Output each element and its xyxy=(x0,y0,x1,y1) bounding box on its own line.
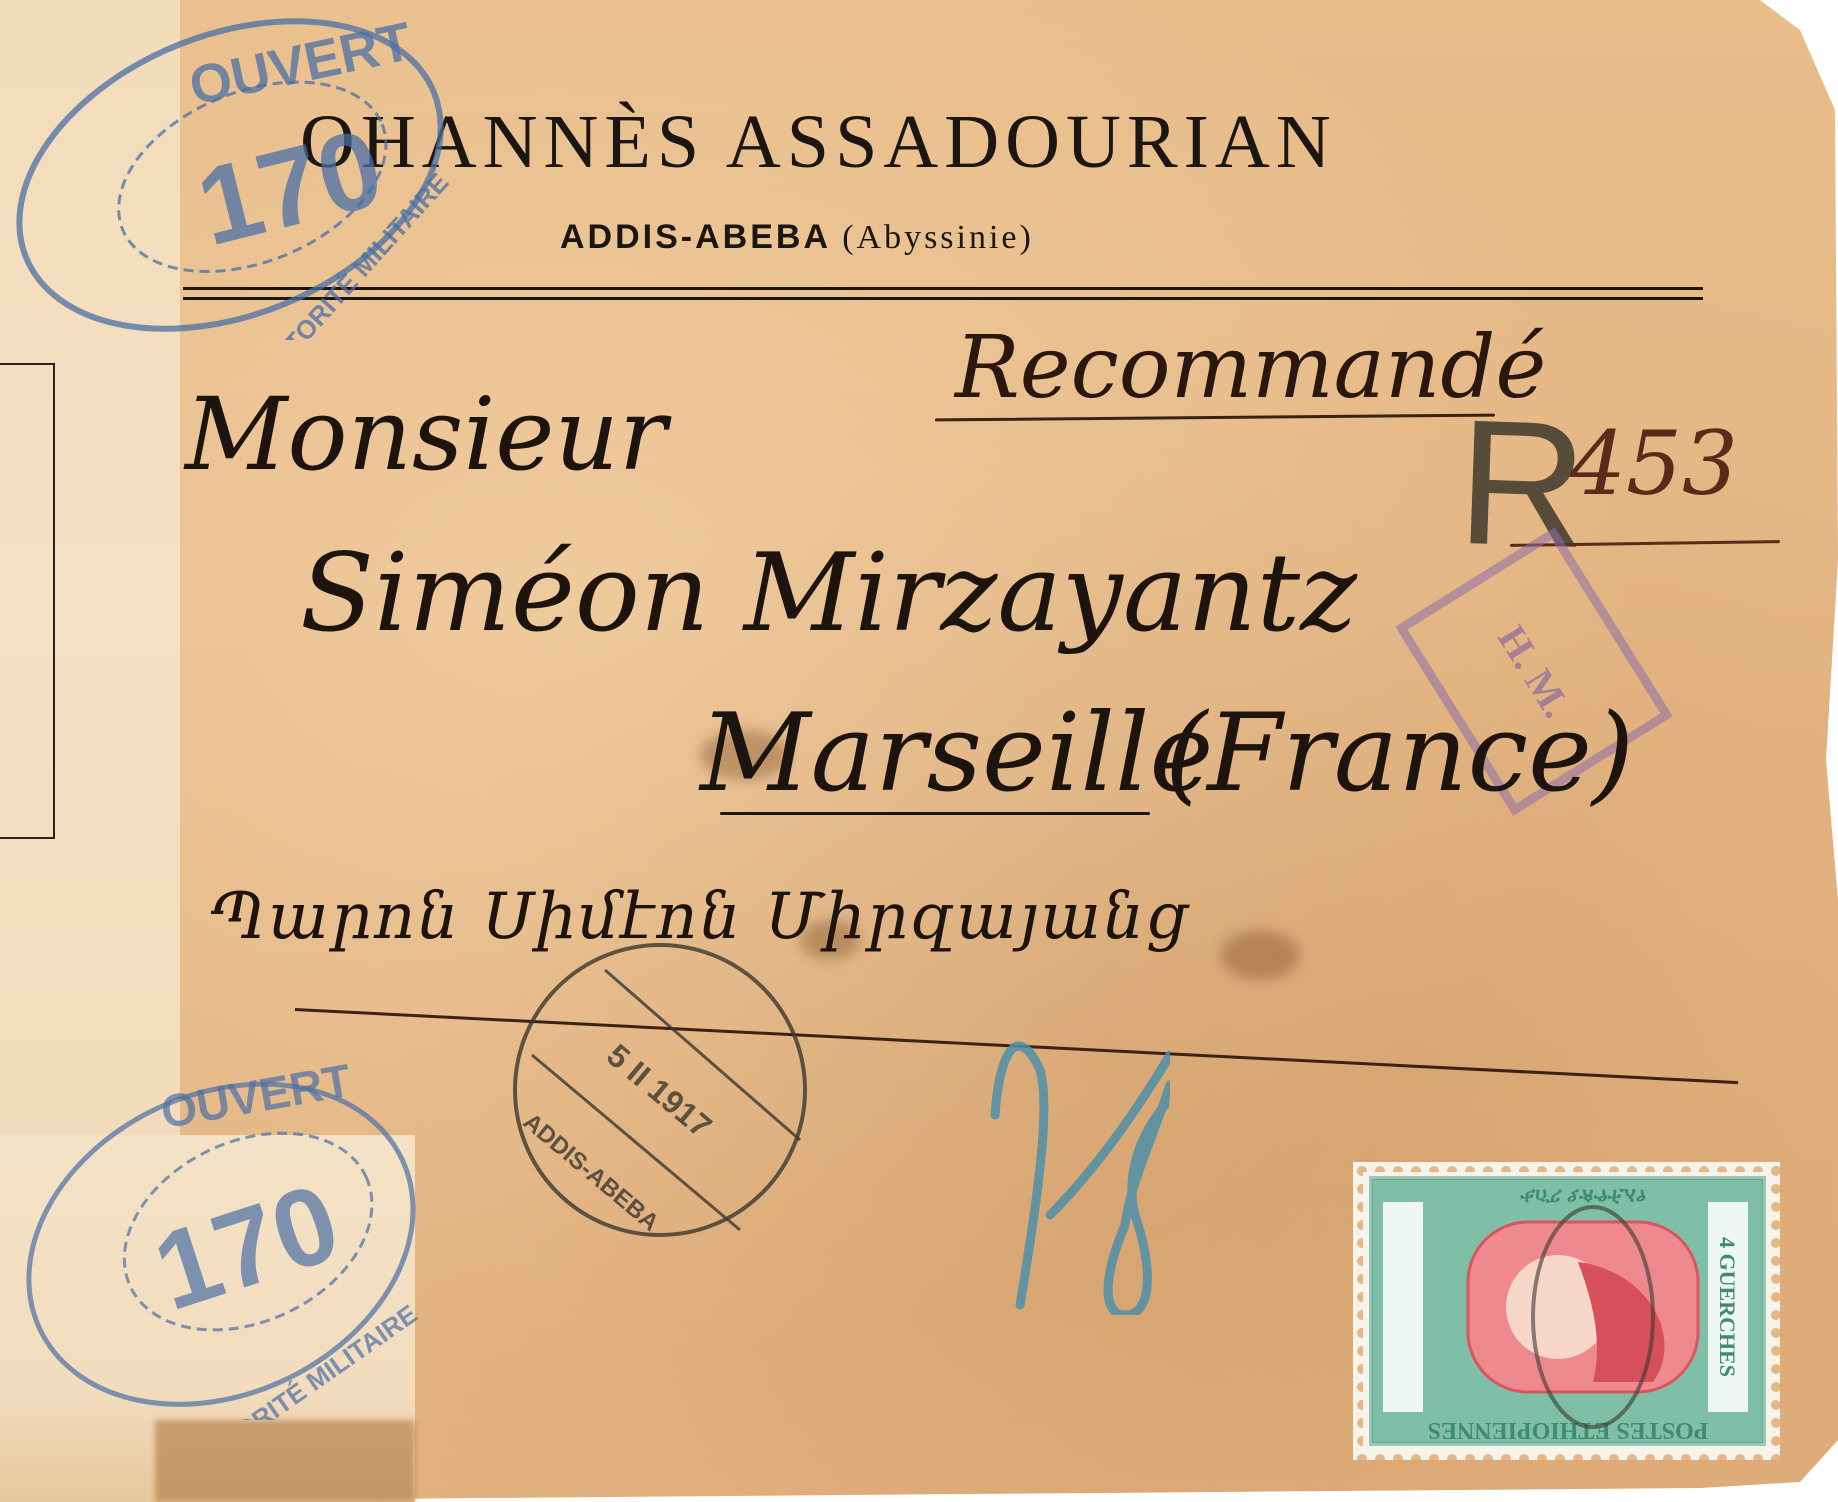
postage-stamp: POSTES ETHIOPIENNES 4 GUERCHES የኢትዮጵያ ፖስ… xyxy=(1353,1162,1780,1460)
registration-note: Recommandé xyxy=(955,325,1546,411)
letterhead-country: (Abyssinie) xyxy=(842,219,1034,256)
salutation: Monsieur xyxy=(185,385,667,485)
printed-frame xyxy=(0,363,55,839)
recipient-city: Marseille xyxy=(700,700,1213,808)
censor-number: 170 xyxy=(140,1160,353,1334)
censor-top-text: OUVERT xyxy=(157,1054,355,1138)
letterhead-address: ADDIS-ABEBA (Abyssinie) xyxy=(560,218,1034,257)
letterhead-name: OHANNÈS ASSADOURIAN xyxy=(300,104,1515,180)
censor-oval-top: OUVERT 170 L'AUTORITÉ MILITAIRE xyxy=(0,10,460,340)
label-stain xyxy=(155,1420,415,1502)
recipient-name: Siméon Mirzayantz xyxy=(300,540,1357,648)
censor-top-text: OUVERT xyxy=(184,11,417,116)
stamp-amharic-text: የኢትዮጵያ ፖስታ xyxy=(1519,1185,1645,1207)
ink-stain xyxy=(1220,930,1300,980)
stamp-country-text: POSTES ETHIOPIENNES xyxy=(1428,1417,1709,1443)
city-underline xyxy=(720,812,1150,815)
stamp-value-text: 4 GUERCHES xyxy=(1715,1237,1740,1377)
censor-oval-bottom: OUVERT 170 L'AUTORITÉ MILITAIRE xyxy=(10,1040,450,1420)
registration-number: 453 xyxy=(1570,420,1738,508)
recipient-country: (France) xyxy=(1165,700,1634,808)
envelope: OHANNÈS ASSADOURIAN ADDIS-ABEBA (Abyssin… xyxy=(0,0,1838,1502)
letterhead-city: ADDIS-ABEBA xyxy=(560,218,830,256)
postmark-cancellation: 5 II 1917 ADDIS-ABEBA xyxy=(510,940,810,1240)
crayon-rate-mark: 78 xyxy=(900,985,1170,1315)
